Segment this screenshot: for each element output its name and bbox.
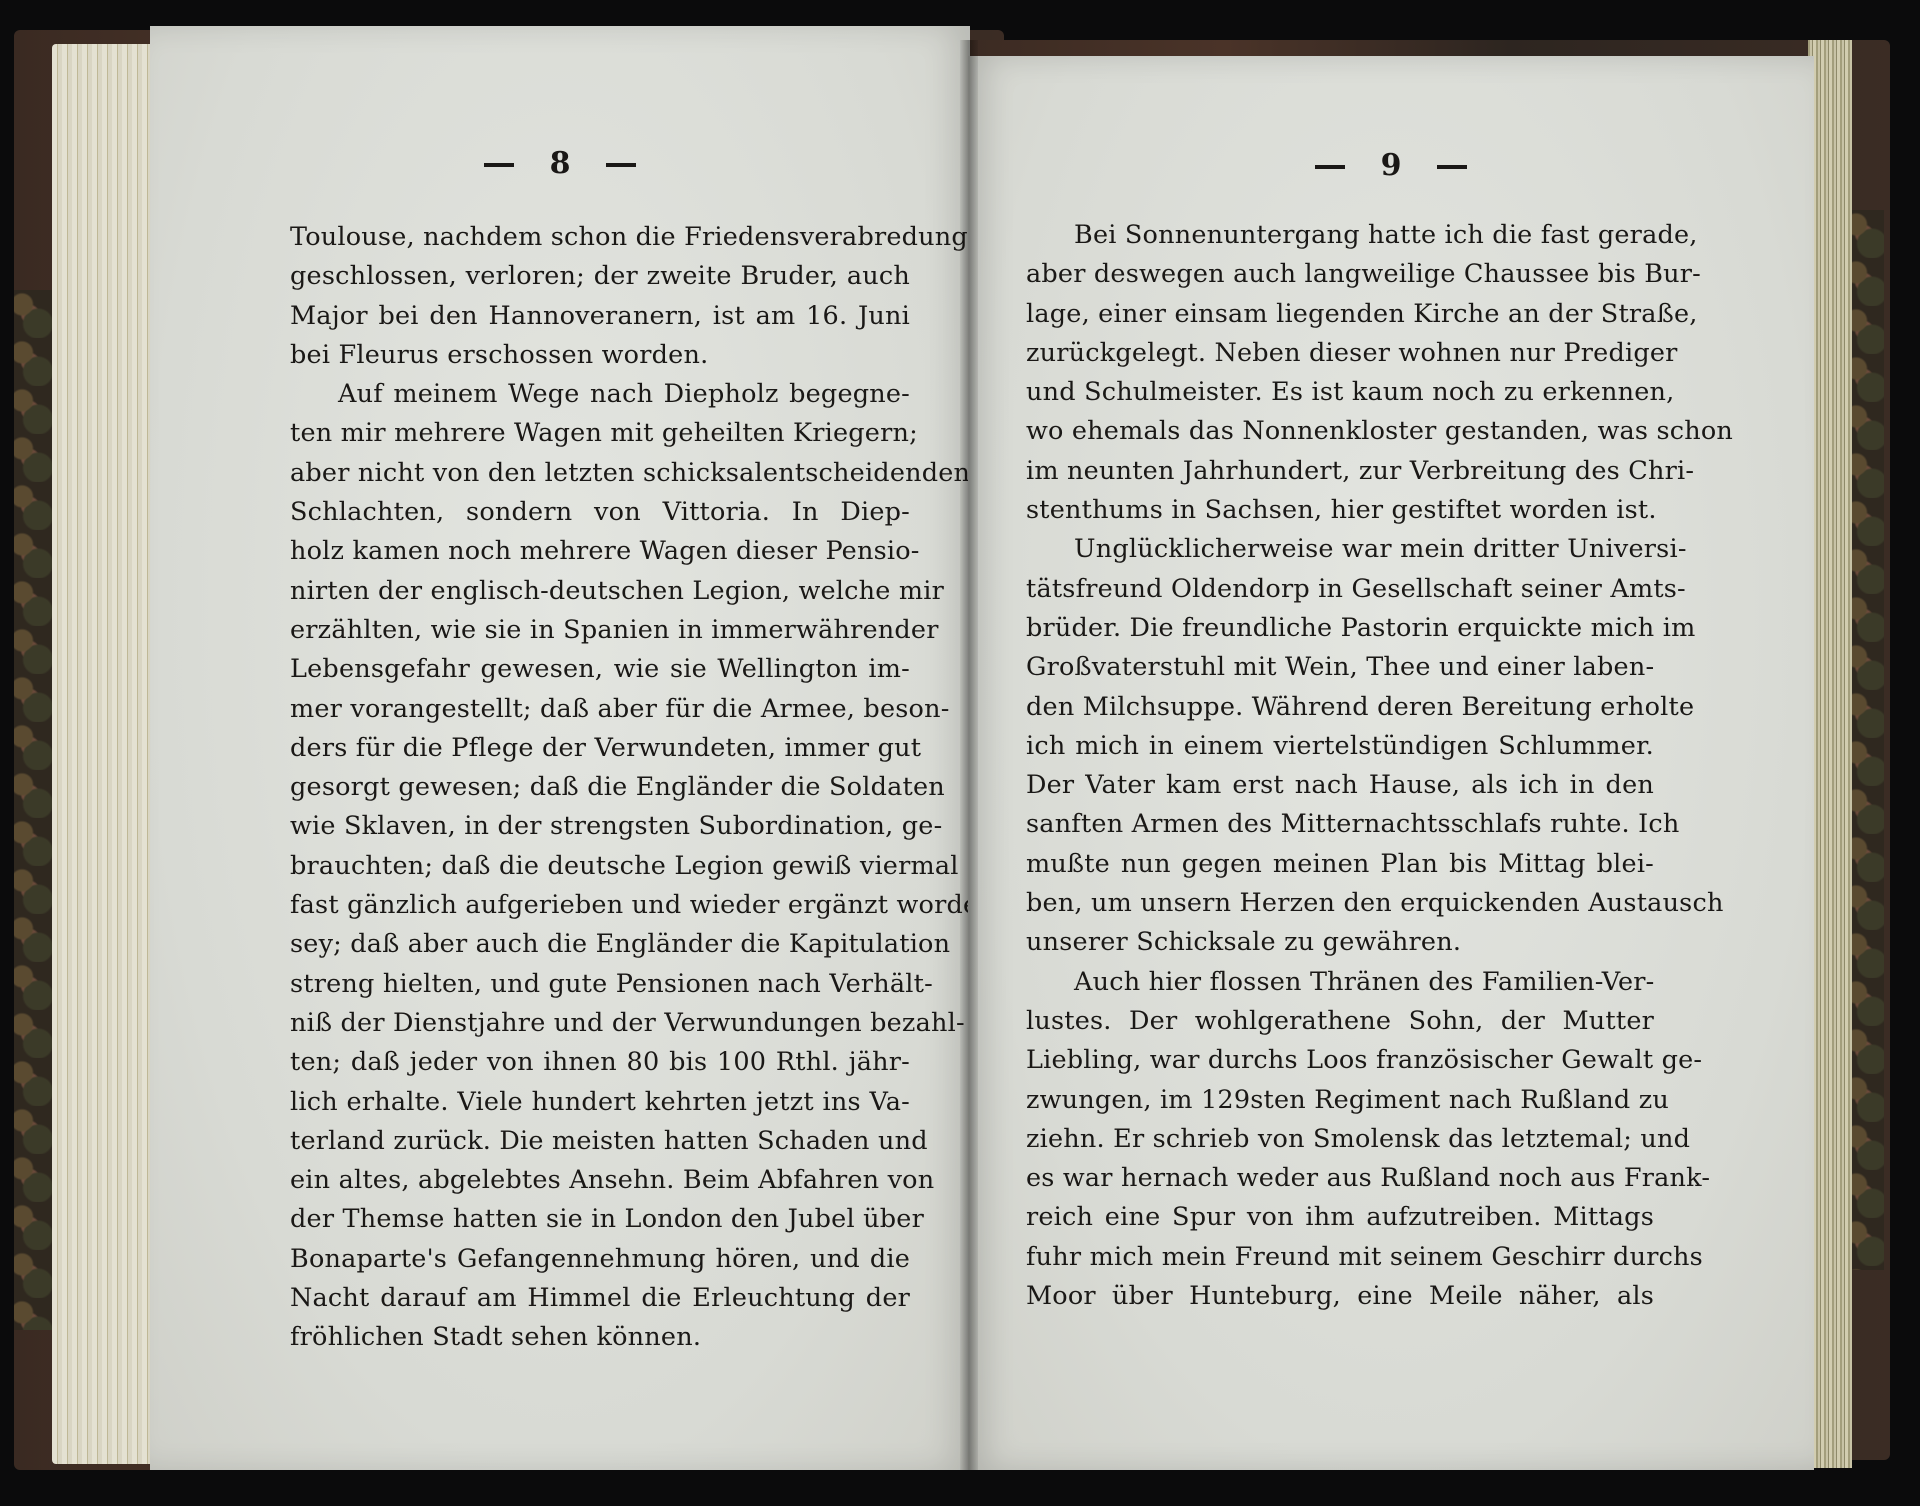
text-line: holz kamen noch mehrere Wagen dieser Pen… (290, 532, 910, 571)
text-line: Großvaterstuhl mit Wein, Thee und einer … (1026, 648, 1654, 687)
text-line: nirten der englisch-deutschen Legion, we… (290, 572, 910, 611)
text-line: Moor über Hunteburg, eine Meile näher, a… (1026, 1277, 1654, 1316)
text-line: terland zurück. Die meisten hatten Schad… (290, 1122, 910, 1161)
text-line: brüder. Die freundliche Pastorin erquick… (1026, 609, 1654, 648)
text-line: stenthums in Sachsen, hier gestiftet wor… (1026, 491, 1654, 530)
text-line: mußte nun gegen meinen Plan bis Mittag b… (1026, 845, 1654, 884)
left-page: 8 Toulouse, nachdem schon die Friedensve… (150, 26, 970, 1470)
text-line: tätsfreund Oldendorp in Gesellschaft sei… (1026, 570, 1654, 609)
text-line: erzählten, wie sie in Spanien in immerwä… (290, 611, 910, 650)
text-line: ders für die Pflege der Verwundeten, imm… (290, 729, 910, 768)
dash-decoration (1315, 165, 1345, 169)
book-gutter (960, 40, 978, 1470)
dash-decoration (484, 163, 514, 167)
text-line: Auch hier flossen Thränen des Familien-V… (1026, 963, 1654, 1002)
text-line: Bonaparte's Gefangennehmung hören, und d… (290, 1240, 910, 1279)
page-edges-left (52, 44, 162, 1464)
text-line: ten; daß jeder von ihnen 80 bis 100 Rthl… (290, 1043, 910, 1082)
text-line: ich mich in einem viertelstündigen Schlu… (1026, 727, 1654, 766)
text-line: zurückgelegt. Neben dieser wohnen nur Pr… (1026, 334, 1654, 373)
text-line: Lebensgefahr gewesen, wie sie Wellington… (290, 650, 910, 689)
text-line: geschlossen, verloren; der zweite Bruder… (290, 257, 910, 296)
text-line: Der Vater kam erst nach Hause, als ich i… (1026, 766, 1654, 805)
page-header-right: 9 (968, 148, 1814, 183)
text-line: lich erhalte. Viele hundert kehrten jetz… (290, 1083, 910, 1122)
text-line: der Themse hatten sie in London den Jube… (290, 1200, 910, 1239)
marbled-board-left (14, 290, 52, 1330)
page-edges-right (1808, 40, 1852, 1468)
text-line: Unglücklicherweise war mein dritter Univ… (1026, 530, 1654, 569)
text-line: fuhr mich mein Freund mit seinem Geschir… (1026, 1238, 1654, 1277)
text-line: unserer Schicksale zu gewähren. (1026, 923, 1654, 962)
text-line: Bei Sonnenuntergang hatte ich die fast g… (1026, 216, 1654, 255)
text-line: bei Fleurus erschossen worden. (290, 336, 910, 375)
text-line: reich eine Spur von ihm aufzutreiben. Mi… (1026, 1198, 1654, 1237)
text-line: lage, einer einsam liegenden Kirche an d… (1026, 295, 1654, 334)
text-line: streng hielten, und gute Pensionen nach … (290, 965, 910, 1004)
text-line: Toulouse, nachdem schon die Friedensvera… (290, 218, 910, 257)
dash-decoration (1437, 165, 1467, 169)
text-line: im neunten Jahrhundert, zur Verbreitung … (1026, 452, 1654, 491)
text-line: wie Sklaven, in der strengsten Subordina… (290, 807, 910, 846)
text-line: sey; daß aber auch die Engländer die Kap… (290, 925, 910, 964)
page-number: 9 (1381, 148, 1402, 183)
text-line: den Milchsuppe. Während deren Bereitung … (1026, 688, 1654, 727)
text-line: fröhlichen Stadt sehen können. (290, 1318, 910, 1357)
text-line: ziehn. Er schrieb von Smolensk das letzt… (1026, 1120, 1654, 1159)
text-line: fast gänzlich aufgerieben und wieder erg… (290, 886, 910, 925)
text-line: aber deswegen auch langweilige Chaussee … (1026, 255, 1654, 294)
text-line: es war hernach weder aus Rußland noch au… (1026, 1159, 1654, 1198)
text-line: zwungen, im 129sten Regiment nach Rußlan… (1026, 1081, 1654, 1120)
page-number: 8 (550, 146, 571, 181)
text-line: Nacht darauf am Himmel die Erleuchtung d… (290, 1279, 910, 1318)
page-body-left: Toulouse, nachdem schon die Friedensvera… (290, 218, 910, 1358)
text-line: lustes. Der wohlgerathene Sohn, der Mutt… (1026, 1002, 1654, 1041)
text-line: Major bei den Hannoveranern, ist am 16. … (290, 297, 910, 336)
text-line: Auf meinem Wege nach Diepholz begegne- (290, 375, 910, 414)
text-line: brauchten; daß die deutsche Legion gewiß… (290, 847, 910, 886)
text-line: sanften Armen des Mitternachtsschlafs ru… (1026, 805, 1654, 844)
dash-decoration (606, 163, 636, 167)
page-body-right: Bei Sonnenuntergang hatte ich die fast g… (1026, 216, 1654, 1316)
text-line: niß der Dienstjahre und der Verwundungen… (290, 1004, 910, 1043)
text-line: ben, um unsern Herzen den erquickenden A… (1026, 884, 1654, 923)
text-line: und Schulmeister. Es ist kaum noch zu er… (1026, 373, 1654, 412)
text-line: mer vorangestellt; daß aber für die Arme… (290, 690, 910, 729)
page-header-left: 8 (150, 146, 970, 181)
text-line: ein altes, abgelebtes Ansehn. Beim Abfah… (290, 1161, 910, 1200)
text-line: Schlachten, sondern von Vittoria. In Die… (290, 493, 910, 532)
text-line: Liebling, war durchs Loos französischer … (1026, 1041, 1654, 1080)
text-line: aber nicht von den letzten schicksalents… (290, 454, 910, 493)
text-line: ten mir mehrere Wagen mit geheilten Krie… (290, 414, 910, 453)
right-page: 9 Bei Sonnenuntergang hatte ich die fast… (968, 56, 1814, 1470)
text-line: gesorgt gewesen; daß die Engländer die S… (290, 768, 910, 807)
marbled-board-right (1848, 210, 1884, 1270)
text-line: wo ehemals das Nonnenkloster gestanden, … (1026, 412, 1654, 451)
